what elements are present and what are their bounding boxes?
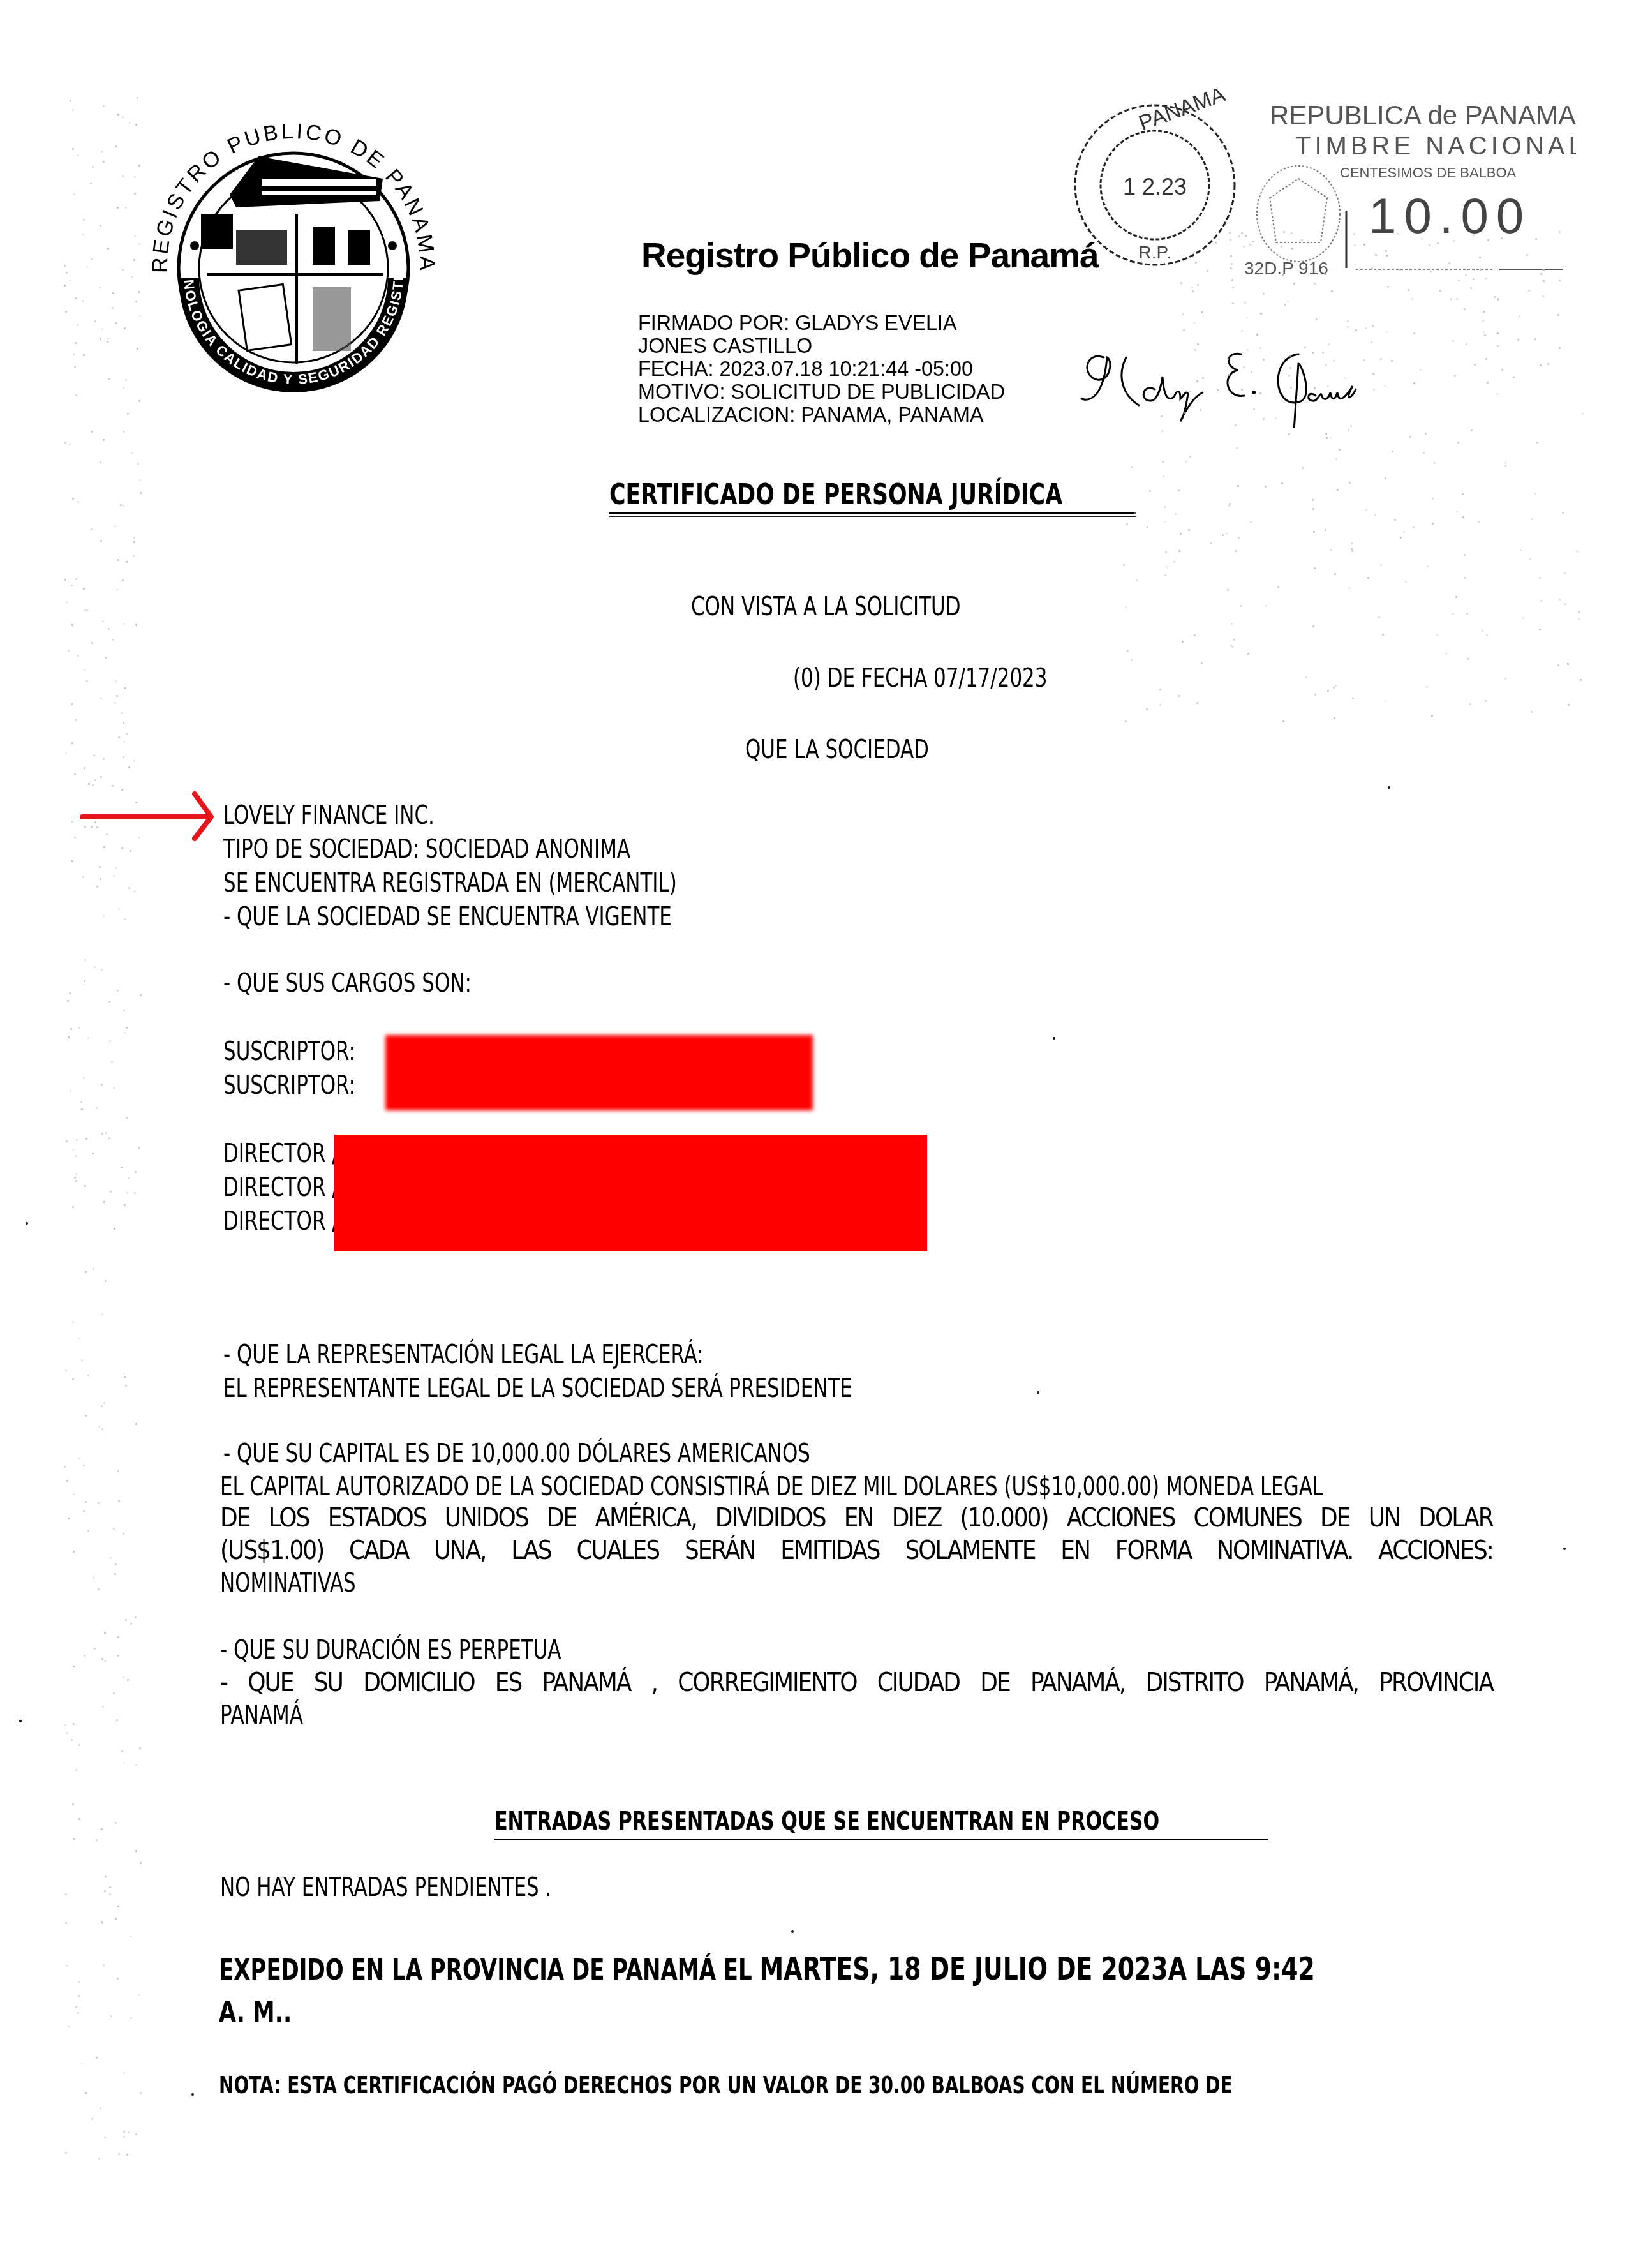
certificate-title: CERTIFICADO DE PERSONA JURÍDICA xyxy=(609,477,1136,511)
svg-text:PANAMA: PANAMA xyxy=(1136,89,1229,136)
request-date-line: (0) DE FECHA 07/17/2023 xyxy=(793,664,1088,693)
svg-text:32D.P 916: 32D.P 916 xyxy=(1244,258,1328,278)
handwritten-signature xyxy=(1078,338,1359,428)
title-underline xyxy=(609,512,1136,514)
company-status: - QUE LA SOCIEDAD SE ENCUENTRA VIGENTE xyxy=(223,902,745,932)
digital-signature-block: FIRMADO POR: GLADYS EVELIA JONES CASTILL… xyxy=(638,311,1013,426)
company-type: TIPO DE SOCIEDAD: SOCIEDAD ANONIMA xyxy=(223,835,697,864)
representation-heading: - QUE LA REPRESENTACIÓN LEGAL LA EJERCER… xyxy=(223,1340,782,1369)
signature-reason: MOTIVO: SOLICITUD DE PUBLICIDAD xyxy=(638,380,1005,403)
con-vista-line: CON VISTA A LA SOLICITUD xyxy=(691,592,1004,622)
registry-title: Registro Público de Panamá xyxy=(641,235,1099,276)
red-arrow-annotation xyxy=(80,790,217,841)
pending-entries-title: ENTRADAS PRESENTADAS QUE SE ENCUENTRAN E… xyxy=(494,1807,1268,1836)
arrow-right-icon xyxy=(80,790,217,841)
svg-text:1 2.23: 1 2.23 xyxy=(1123,174,1187,200)
duration-line: - QUE SU DURACIÓN ES PERPETUA xyxy=(220,1636,616,1665)
representation-detail: EL REPRESENTANTE LEGAL DE LA SOCIEDAD SE… xyxy=(223,1374,955,1403)
svg-text:10.00: 10.00 xyxy=(1369,188,1531,244)
certificate-title-text: CERTIFICADO DE PERSONA JURÍDICA xyxy=(609,477,1062,511)
capital-line-2: DELOSESTADOSUNIDOSDEAMÉRICA,DIVIDIDOSEND… xyxy=(220,1503,1493,1533)
company-name: LOVELY FINANCE INC. xyxy=(223,801,469,830)
signature-icon xyxy=(1078,338,1359,428)
domicile-line-2: PANAMÁ xyxy=(220,1701,316,1730)
subscriber-label-1: SUSCRIPTOR: xyxy=(223,1037,377,1066)
issued-statement: EXPEDIDO EN LA PROVINCIA DE PANAMÁ EL MA… xyxy=(219,1950,1489,2031)
company-registry: SE ENCUENTRA REGISTRADA EN (MERCANTIL) xyxy=(223,869,751,898)
entries-underline xyxy=(494,1839,1268,1840)
no-pending-entries: NO HAY ENTRADAS PENDIENTES . xyxy=(220,1873,605,1902)
domicile-line-1: -QUESUDOMICILIOESPANAMÁ,CORREGIMIENTOCIU… xyxy=(220,1668,1493,1697)
svg-text:R.P.: R.P. xyxy=(1139,242,1171,262)
capital-paragraph: EL CAPITAL AUTORIZADO DE LA SOCIEDAD CON… xyxy=(220,1471,1493,1503)
issued-date: MARTES, 18 DE JULIO DE 2023A LAS 9:42 xyxy=(760,1950,1315,1987)
capital-line-1: EL CAPITAL AUTORIZADO DE LA SOCIEDAD CON… xyxy=(220,1471,1493,1503)
registry-seal: REGISTRO PUBLICO DE PANAMA TECNOLOGIA CA… xyxy=(134,105,453,418)
fee-note: NOTA: ESTA CERTIFICACIÓN PAGÓ DERECHOS P… xyxy=(219,2071,1455,2099)
issued-time-suffix: A. M.. xyxy=(219,1993,292,2031)
title-underline-double xyxy=(609,516,1136,517)
redaction-subscribers xyxy=(385,1035,813,1110)
svg-text:REPUBLICA de PANAMA: REPUBLICA de PANAMA xyxy=(1270,100,1576,130)
tax-stamp: REPUBLICA de PANAMA TIMBRE NACIONAL CENT… xyxy=(1244,96,1576,281)
subscriber-label-2: SUSCRIPTOR: xyxy=(223,1071,377,1100)
redaction-directors-upper xyxy=(491,1135,927,1216)
officers-heading: - QUE SUS CARGOS SON: xyxy=(223,969,512,998)
capital-heading: - QUE SU CAPITAL ES DE 10,000.00 DÓLARES… xyxy=(223,1439,906,1468)
signed-by: FIRMADO POR: GLADYS EVELIA xyxy=(638,311,1005,334)
signature-location: LOCALIZACION: PANAMA, PANAMA xyxy=(638,403,1005,426)
capital-line-4: NOMINATIVAS xyxy=(220,1569,378,1598)
svg-text:CENTESIMOS DE BALBOA: CENTESIMOS DE BALBOA xyxy=(1340,165,1517,181)
capital-line-3: (US$1.00)CADAUNA,LASCUALESSERÁNEMITIDASS… xyxy=(220,1536,1493,1565)
issued-prefix: EXPEDIDO EN LA PROVINCIA DE PANAMÁ EL xyxy=(219,1953,760,1987)
svg-text:TIMBRE NACIONAL: TIMBRE NACIONAL xyxy=(1295,132,1576,160)
signature-date: FECHA: 2023.07.18 10:21:44 -05:00 xyxy=(638,357,1005,380)
registry-seal-icon: REGISTRO PUBLICO DE PANAMA TECNOLOGIA CA… xyxy=(134,105,453,418)
signed-by-cont: JONES CASTILLO xyxy=(638,334,1005,357)
que-la-sociedad-line: QUE LA SOCIEDAD xyxy=(745,735,959,765)
